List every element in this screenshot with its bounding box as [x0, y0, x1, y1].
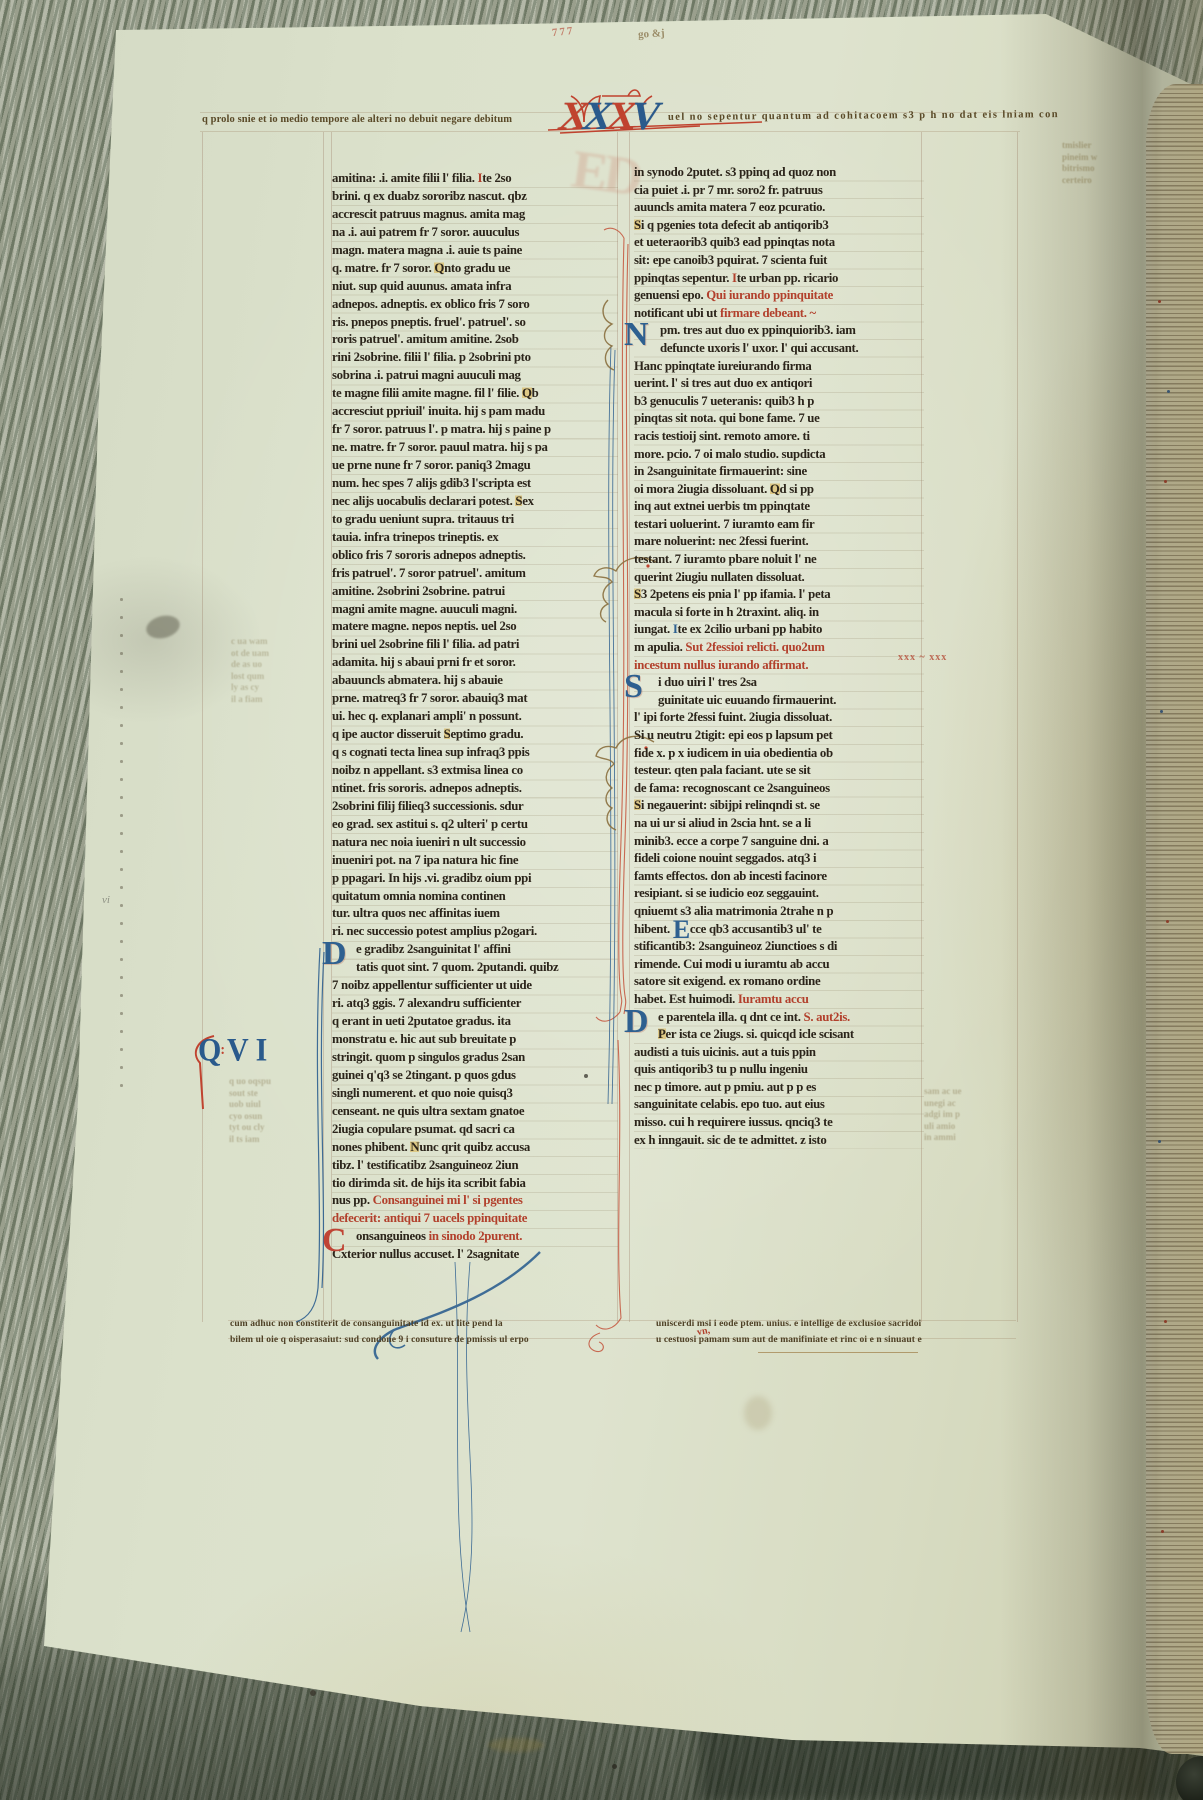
body-text: quis antiqorib3 tu p nullu ingeniu: [634, 1062, 808, 1076]
body-text: eptimo gradu.: [450, 727, 523, 741]
text-line: q ipe auctor disseruit Septimo gradu.: [332, 726, 618, 744]
body-text: defuncte uxoris l' uxor. l' qui accusant…: [660, 341, 858, 355]
body-text: ris. pnepos pneptis. fruel'. patruel'. s…: [332, 315, 526, 329]
body-text: er ista ce 2iugs. si. quicqd icle scisan…: [666, 1027, 854, 1041]
body-text: ri. atq3 ggis. 7 alexandru sufficienter: [332, 996, 521, 1010]
body-text: p ppagari. In hijs .vi. gradibz oium ppi: [332, 871, 531, 885]
body-text: e gradibz 2sanguinitat l' affini: [356, 942, 511, 956]
body-text: resipiant. si se iudicio eoz seggauint.: [634, 886, 819, 900]
body-text: sobrina .i. patrui magni auuculi mag: [332, 368, 521, 382]
body-text: tibz. l' testificatibz 2sanguineoz 2iun: [332, 1158, 518, 1172]
footer-gloss-right: uniscerdi msi i eode ptem. unius. e inte…: [656, 1316, 922, 1348]
text-line: ri. atq3 ggis. 7 alexandru sufficienter: [332, 995, 618, 1013]
text-line: fris patruel'. 7 soror patruel'. amitum: [332, 565, 618, 583]
body-text: adnepos. adneptis. ex oblico fris 7 soro: [332, 297, 530, 311]
text-line: testeur. qten pala faciant. ute se sit: [634, 762, 924, 780]
body-text: rini 2sobrine. filii l' filia. p 2sobrin…: [332, 350, 531, 364]
body-text: S: [634, 798, 641, 812]
body-text: stificantib3: 2sanguineoz 2iunctioes s d…: [634, 939, 837, 953]
showthrough-left-low: q uo oqspusout steuob uiulcyo osuntyt ou…: [229, 1076, 271, 1145]
body-text: in synodo 2putet. s3 ppinq ad quoz non: [634, 165, 836, 179]
text-line: hibent. Ecce qb3 accusantib3 ul' te: [634, 921, 924, 939]
gloss-line: ot de uam: [231, 648, 269, 660]
text-line: niut. sup quid auunus. amata infra: [332, 278, 618, 296]
text-line: 7 noibz appellentur sufficienter ut uide: [332, 977, 618, 995]
gloss-line: de as uo: [231, 659, 269, 671]
body-text: sit: epe canoib3 pquirat. 7 scienta fuit: [634, 253, 827, 267]
text-line: Per ista ce 2iugs. si. quicqd icle scisa…: [634, 1026, 924, 1044]
text-line: tauia. infra trinepos trineptis. ex: [332, 529, 618, 547]
text-line: monstratu e. hic aut sub breuitate p: [332, 1031, 618, 1049]
body-text: q s cognati tecta linea sup infraq3 ppis: [332, 745, 529, 759]
text-line: matere magne. nepos neptis. uel 2so: [332, 618, 618, 636]
body-text: fide x. p x iudicem in uia obedientia ob: [634, 746, 833, 760]
gloss-line: cum adhuc non constiterit de consanguini…: [230, 1316, 529, 1332]
body-text: q ipe auctor disseruit: [332, 727, 444, 741]
gloss-line: q uo oqspu: [229, 1076, 271, 1088]
gloss-line: bilem ul oie q oisperasaiut: sud condone…: [230, 1332, 529, 1348]
text-line: amitine. 2sobrini 2sobrine. patrui: [332, 583, 618, 601]
body-text: roris patruel'. amitum amitine. 2sob: [332, 332, 519, 346]
text-line: adamita. hij s abaui prni fr et soror.: [332, 654, 618, 672]
body-text: m apulia.: [634, 640, 685, 654]
adjacent-folio-rubric-specks: [1158, 300, 1161, 303]
body-text: d si pp: [780, 482, 814, 496]
body-text: iungat.: [634, 622, 673, 636]
text-line: amitina: .i. amite filii l' filia. Ite 2…: [332, 170, 618, 188]
text-line: fide x. p x iudicem in uia obedientia ob: [634, 745, 924, 763]
text-line: Si duo uiri l' tres 2sa: [634, 674, 924, 692]
text-line: prne. matreq3 fr 7 soror. abauiq3 mat: [332, 690, 618, 708]
text-line: na .i. aui patrem fr 7 soror. auuculus: [332, 224, 618, 242]
body-text: ui. hec q. explanari ampli' n possunt.: [332, 709, 522, 723]
body-text: nones phibent.: [332, 1140, 410, 1154]
text-line: de fama: recognoscant ce 2sanguineos: [634, 780, 924, 798]
text-line: natura nec noia iueniri n ult successio: [332, 834, 618, 852]
body-text: amitina: .i. amite filii l' filia.: [332, 171, 478, 185]
body-text: habet. Est huimodi.: [634, 992, 738, 1006]
body-text: N: [410, 1140, 419, 1154]
body-text: testari uoluerint. 7 iuramto eam fir: [634, 517, 814, 531]
text-column-right: in synodo 2putet. s3 ppinq ad quoz nonci…: [634, 164, 924, 1149]
body-text: auuncls amita matera 7 eoz pcuratio.: [634, 200, 825, 214]
body-text: matere magne. nepos neptis. uel 2so: [332, 619, 516, 633]
text-line: censeant. ne quis ultra sextam gnatoe: [332, 1103, 618, 1121]
text-column-left: amitina: .i. amite filii l' filia. Ite 2…: [332, 170, 618, 1264]
rubric-text: defecerit: antiqui 7 uacels ppinquitate: [332, 1211, 527, 1225]
body-text: te ex 2cilio urbani pp habito: [678, 622, 823, 636]
text-line: l' ipi forte 2fessi fuint. 2iugia dissol…: [634, 709, 924, 727]
text-line: singli numerent. et quo noie quisq3: [332, 1085, 618, 1103]
manuscript-photo: q prolo snie et io medio tempore ale alt…: [0, 0, 1203, 1800]
body-text: cce qb3 accusantib3 ul' te: [690, 922, 822, 936]
footer-red-mark: vn,: [696, 1325, 711, 1338]
text-line: sit: epe canoib3 pquirat. 7 scienta fuit: [634, 252, 924, 270]
body-text: b: [532, 386, 539, 400]
rubric-text: Sut 2fessioi relicti. quo2um: [685, 640, 824, 654]
body-text: tatis quot sint. 7 quom. 2putandi. quibz: [356, 960, 558, 974]
text-line: defecerit: antiqui 7 uacels ppinquitate: [332, 1210, 618, 1228]
body-text: te magne filii amite magne. fil l' filie…: [332, 386, 522, 400]
gloss-line: adgi im p: [924, 1109, 962, 1121]
footer-gloss-left: cum adhuc non constiterit de consanguini…: [230, 1316, 529, 1348]
text-line: te magne filii amite magne. fil l' filie…: [332, 385, 618, 403]
folio-numeral-letters: XXXV: [554, 93, 661, 138]
text-line: na ui ur si aliud in 2scia hnt. se a li: [634, 815, 924, 833]
text-line: m apulia. Sut 2fessioi relicti. quo2um: [634, 639, 924, 657]
text-line: abauuncls abmatera. hij s abauie: [332, 672, 618, 690]
ruling-vertical: [323, 132, 324, 1322]
text-line: Si u neutru 2tigit: epi eos p lapsum pet: [634, 727, 924, 745]
body-text: magn. matera magna .i. auie ts paine: [332, 243, 522, 257]
text-line: resipiant. si se iudicio eoz seggauint.: [634, 885, 924, 903]
body-text: ppinqtas sepentur.: [634, 271, 732, 285]
rubric-text: firmare debeant. ~: [720, 306, 816, 320]
gloss-line: sout ste: [229, 1088, 271, 1100]
text-line: in 2sanguinitate firmauerint: sine: [634, 463, 924, 481]
body-text: i duo uiri l' tres 2sa: [658, 675, 757, 689]
quire-mark: vi: [102, 894, 110, 906]
text-line: rini 2sobrine. filii l' filia. p 2sobrin…: [332, 349, 618, 367]
body-text: testant. 7 iuramto pbare noluit l' ne: [634, 552, 816, 566]
body-text: nto gradu ue: [444, 261, 510, 275]
text-line: magni amite magne. auuculi magni.: [332, 601, 618, 619]
text-line: ne. matre. fr 7 soror. pauul matra. hij …: [332, 439, 618, 457]
text-line: oi mora 2iugia dissoluant. Qd si pp: [634, 481, 924, 499]
top-scribble-right: go &j: [638, 27, 665, 41]
text-line: guinitate uic euuando firmauerint.: [634, 692, 924, 710]
text-line: testari uoluerint. 7 iuramto eam fir: [634, 516, 924, 534]
rubric-text: Qui iurando ppinquitate: [706, 288, 833, 302]
body-text: tauia. infra trinepos trineptis. ex: [332, 530, 499, 544]
gloss-line: il a fiam: [231, 694, 269, 706]
gloss-line: in ammi: [924, 1132, 962, 1144]
body-text: pinqtas sit nota. qui bone fame. 7 ue: [634, 411, 820, 425]
text-line: tio dirimda sit. de hijs ita scribit fab…: [332, 1175, 618, 1193]
text-line: De parentela illa. q dnt ce int. S. aut2…: [634, 1009, 924, 1027]
text-line: incestum nullus iurando affirmat.: [634, 657, 924, 675]
text-line: brini uel 2sobrine fili l' filia. ad pat…: [332, 636, 618, 654]
text-line: fideli coione nouint seggados. atq3 i: [634, 850, 924, 868]
text-line: quis antiqorib3 tu p nullu ingeniu: [634, 1061, 924, 1079]
text-line: quitatum omnia nomina continen: [332, 888, 618, 906]
body-text: eo grad. sex astitui s. q2 ulteri' p cer…: [332, 817, 528, 831]
text-line: nones phibent. Nunc qrit quibz accusa: [332, 1139, 618, 1157]
showthrough-right-low: sam ac ueunegi acadgi im puli amioin amm…: [924, 1086, 962, 1144]
text-line: ue prne nune fr 7 soror. paniq3 2magu: [332, 457, 618, 475]
text-line: inueniri pot. na 7 ipa natura hic fine: [332, 852, 618, 870]
adjacent-folio-edge: [1146, 84, 1203, 1754]
body-text: accrescit patruus magnus. amita mag: [332, 207, 525, 221]
body-text: singli numerent. et quo noie quisq3: [332, 1086, 513, 1100]
text-line: 2sobrini filij filieq3 successionis. sdu…: [332, 798, 618, 816]
gloss-line: ly as cy: [231, 682, 269, 694]
text-line: pinqtas sit nota. qui bone fame. 7 ue: [634, 410, 924, 428]
illuminated-initial: N: [624, 318, 648, 352]
ruling-vertical: [202, 132, 203, 1322]
text-line: iungat. Ite ex 2cilio urbani pp habito: [634, 621, 924, 639]
body-text: na .i. aui patrem fr 7 soror. auuculus: [332, 225, 519, 239]
text-line: num. hec spes 7 alijs gdib3 l'scripta es…: [332, 475, 618, 493]
text-line: et ueteraorib3 quib3 ead ppinqtas nota: [634, 234, 924, 252]
gloss-line: uli amio: [924, 1121, 962, 1133]
body-text: guinitate uic euuando firmauerint.: [658, 693, 836, 707]
body-text: S: [634, 218, 641, 232]
text-line: macula si forte in h 2traxint. aliq. in: [634, 604, 924, 622]
text-line: uerint. l' si tres aut duo ex antiqori: [634, 375, 924, 393]
body-text: ex: [522, 494, 533, 508]
body-text: nus pp.: [332, 1193, 373, 1207]
text-line: auuncls amita matera 7 eoz pcuratio.: [634, 199, 924, 217]
body-text: 2sobrini filij filieq3 successionis. sdu…: [332, 799, 523, 813]
text-line: Consanguineos in sinodo 2purent.: [332, 1228, 618, 1246]
body-text: quitatum omnia nomina continen: [332, 889, 505, 903]
body-text: prne. matreq3 fr 7 soror. abauiq3 mat: [332, 691, 527, 705]
body-text: noibz n appellant. s3 extmisa linea co: [332, 763, 523, 777]
text-line: habet. Est huimodi. Iuramtu accu: [634, 991, 924, 1009]
text-line: defuncte uxoris l' uxor. l' qui accusant…: [634, 340, 924, 358]
body-text: stringit. quom p singulos gradus 2san: [332, 1050, 525, 1064]
gloss-line: u cestuosi pamam sum aut de manifiniate …: [656, 1332, 922, 1348]
body-text: amitine. 2sobrini 2sobrine. patrui: [332, 584, 505, 598]
text-line: to gradu ueniunt supra. tritauus tri: [332, 511, 618, 529]
text-line: Cxterior nullus accuset. l' 2sagnitate: [332, 1246, 618, 1264]
gloss-line: cyo osun: [229, 1111, 271, 1123]
text-line: testant. 7 iuramto pbare noluit l' ne: [634, 551, 924, 569]
body-text: i q pgenies tota defecit ab antiqorib3: [641, 218, 829, 232]
body-text: e parentela illa. q dnt ce int.: [658, 1010, 804, 1024]
body-text: oblico fris 7 sororis adnepos adneptis.: [332, 548, 526, 562]
body-text: mare noluerint: nec 2fessi fuerint.: [634, 534, 808, 548]
body-text: tur. ultra quos nec affinitas iuem: [332, 906, 500, 920]
body-text: 2iugia copulare psumat. qd sacri ca: [332, 1122, 515, 1136]
body-text: na ui ur si aliud in 2scia hnt. se a li: [634, 816, 811, 830]
text-line: mare noluerint: nec 2fessi fuerint.: [634, 533, 924, 551]
body-text: famts effectos. don ab incesti facinore: [634, 869, 827, 883]
body-text: te urban pp. ricario: [737, 271, 838, 285]
body-text: onsanguineos: [356, 1229, 429, 1243]
text-line: guinei q'q3 se 2tingant. p quos gdus: [332, 1067, 618, 1085]
body-text: et ueteraorib3 quib3 ead ppinqtas nota: [634, 235, 835, 249]
body-text: rimende. Cui modi u iuramtu ab accu: [634, 957, 829, 971]
text-line: Si q pgenies tota defecit ab antiqorib3: [634, 217, 924, 235]
text-line: q erant in ueti 2putatoe gradus. ita: [332, 1013, 618, 1031]
body-text: P: [658, 1027, 666, 1041]
body-text: qniuemt s3 alia matrimonia 2trahe n p: [634, 904, 833, 918]
qvi-vi: VI: [227, 1033, 274, 1069]
text-line: Si negauerint: sibijpi relinqndi st. se: [634, 797, 924, 815]
body-text: adamita. hij s abaui prni fr et soror.: [332, 655, 516, 669]
rubric-text: S. aut2is.: [804, 1010, 850, 1024]
text-line: in synodo 2putet. s3 ppinq ad quoz non: [634, 164, 924, 182]
body-text: b3 genuculis 7 ueteranis: quib3 h p: [634, 394, 814, 408]
rubric-text: incestum nullus iurando affirmat.: [634, 658, 808, 672]
body-text: testeur. qten pala faciant. ute se sit: [634, 763, 811, 777]
body-text: S: [634, 587, 641, 601]
text-line: 2iugia copulare psumat. qd sacri ca: [332, 1121, 618, 1139]
text-line: accresciut ppriuil' inuita. hij s pam ma…: [332, 403, 618, 421]
text-line: nus pp. Consanguinei mi l' si pgentes: [332, 1192, 618, 1210]
text-line: q s cognati tecta linea sup infraq3 ppis: [332, 744, 618, 762]
text-line: ris. pnepos pneptis. fruel'. patruel'. s…: [332, 314, 618, 332]
body-text: unc qrit quibz accusa: [419, 1140, 530, 1154]
body-text: nec p timore. aut p pmiu. aut p p es: [634, 1080, 816, 1094]
gloss-line: bitrismo: [1062, 163, 1097, 175]
body-text: fris patruel'. 7 soror patruel'. amitum: [332, 566, 526, 580]
body-text: brini uel 2sobrine fili l' filia. ad pat…: [332, 637, 519, 651]
gloss-line: il ts iam: [229, 1134, 271, 1146]
body-text: oi mora 2iugia dissoluant.: [634, 482, 770, 496]
body-text: pm. tres aut duo ex ppinquiorib3. iam: [660, 323, 856, 337]
body-text: inq aut extnei uerbis tm ppinqtate: [634, 499, 810, 513]
text-line: roris patruel'. amitum amitine. 2sob: [332, 331, 618, 349]
text-line: eo grad. sex astitui s. q2 ulteri' p cer…: [332, 816, 618, 834]
body-text: nec alijs uocabulis declarari potest.: [332, 494, 515, 508]
body-text: niut. sup quid auunus. amata infra: [332, 279, 511, 293]
body-text: Q: [770, 482, 780, 496]
body-text: i negauerint: sibijpi relinqndi st. se: [641, 798, 820, 812]
text-line: racis testioij sint. remoto amore. ti: [634, 428, 924, 446]
text-line: cia puiet .i. pr 7 mr. soro2 fr. patruus: [634, 182, 924, 200]
gloss-line: tmislier: [1062, 140, 1097, 152]
body-text: cia puiet .i. pr 7 mr. soro2 fr. patruus: [634, 183, 823, 197]
folio-numeral: XXXV: [554, 92, 661, 139]
body-text: Q: [434, 261, 444, 275]
rubric-text: Consanguinei mi l' si pgentes: [373, 1193, 523, 1207]
body-text: abauuncls abmatera. hij s abauie: [332, 673, 503, 687]
body-text: brini. q ex duabz sororibz nascut. qbz: [332, 189, 527, 203]
text-line: genuensi epo. Qui iurando ppinquitate: [634, 287, 924, 305]
body-text: ne. matre. fr 7 soror. pauul matra. hij …: [332, 440, 548, 454]
text-line: De gradibz 2sanguinitat l' affini: [332, 941, 618, 959]
ruling-vertical: [1017, 132, 1018, 1322]
rubric-text: in sinodo 2purent.: [429, 1229, 523, 1243]
gloss-line: tyt ou cly: [229, 1122, 271, 1134]
text-line: stificantib3: 2sanguineoz 2iunctioes s d…: [634, 938, 924, 956]
text-line: sanguinitate celabis. epo tuo. aut eius: [634, 1096, 924, 1114]
gloss-line: lost qum: [231, 671, 269, 683]
body-text: inueniri pot. na 7 ipa natura hic fine: [332, 853, 518, 867]
text-line: fr 7 soror. patruus l'. p matra. hij s p…: [332, 421, 618, 439]
body-text: natura nec noia iueniri n ult successio: [332, 835, 526, 849]
body-text: genuensi epo.: [634, 288, 706, 302]
body-text: fr 7 soror. patruus l'. p matra. hij s p…: [332, 422, 551, 436]
body-text: minib3. ecce a corpe 7 sanguine dni. a: [634, 834, 828, 848]
text-line: S3 2petens eis pnia l' pp ifamia. l' pet…: [634, 586, 924, 604]
text-line: notificant ubi ut firmare debeant. ~: [634, 305, 924, 323]
body-text: uerint. l' si tres aut duo ex antiqori: [634, 376, 812, 390]
text-line: oblico fris 7 sororis adnepos adneptis.: [332, 547, 618, 565]
gloss-line: c ua wam: [231, 636, 269, 648]
body-text: in 2sanguinitate firmauerint: sine: [634, 464, 807, 478]
body-text: misso. cui h requirere iussus. qnciq3 te: [634, 1115, 832, 1129]
body-text: accresciut ppriuil' inuita. hij s pam ma…: [332, 404, 545, 418]
text-line: rimende. Cui modi u iuramtu ab accu: [634, 956, 924, 974]
body-text: sanguinitate celabis. epo tuo. aut eius: [634, 1097, 825, 1111]
body-text: audisti a tuis uicinis. aut a tuis ppin: [634, 1045, 816, 1059]
text-line: Npm. tres aut duo ex ppinquiorib3. iam: [634, 322, 924, 340]
text-line: minib3. ecce a corpe 7 sanguine dni. a: [634, 833, 924, 851]
gloss-line: certeiro: [1062, 175, 1097, 187]
text-line: sobrina .i. patrui magni auuculi mag: [332, 367, 618, 385]
top-scribble-left: 777: [551, 25, 575, 39]
gloss-line: sam ac ue: [924, 1086, 962, 1098]
text-line: tibz. l' testificatibz 2sanguineoz 2iun: [332, 1157, 618, 1175]
marginal-red-crosses: xxx ~ xxx: [898, 652, 947, 663]
body-text: censeant. ne quis ultra sextam gnatoe: [332, 1104, 524, 1118]
illuminated-initial: S: [624, 670, 643, 704]
text-line: inq aut extnei uerbis tm ppinqtate: [634, 498, 924, 516]
text-line: p ppagari. In hijs .vi. gradibz oium ppi: [332, 870, 618, 888]
text-line: ui. hec q. explanari ampli' n possunt.: [332, 708, 618, 726]
text-line: misso. cui h requirere iussus. qnciq3 te: [634, 1114, 924, 1132]
text-line: famts effectos. don ab incesti facinore: [634, 868, 924, 886]
body-text: 7 noibz appellentur sufficienter ut uide: [332, 978, 532, 992]
gloss-line: unegi ac: [924, 1098, 962, 1110]
text-line: stringit. quom p singulos gradus 2san: [332, 1049, 618, 1067]
text-line: tur. ultra quos nec affinitas iuem: [332, 905, 618, 923]
body-text: Cxterior nullus accuset. l' 2sagnitate: [332, 1247, 519, 1261]
body-text: macula si forte in h 2traxint. aliq. in: [634, 605, 819, 619]
marginal-note-qvi: Q:VI: [198, 1033, 274, 1070]
illuminated-initial: D: [624, 1005, 648, 1039]
body-text: more. pcio. 7 oi malo studio. supdicta: [634, 447, 825, 461]
body-text: q. matre. fr 7 soror.: [332, 261, 434, 275]
body-text: hibent.: [634, 922, 673, 936]
body-text: de fama: recognoscant ce 2sanguineos: [634, 781, 830, 795]
text-line: tatis quot sint. 7 quom. 2putandi. quibz: [332, 959, 618, 977]
text-line: ntinet. fris sororis. adnepos adneptis.: [332, 780, 618, 798]
illuminated-initial: D: [322, 937, 346, 971]
body-text: ex h inngauit. sic de te admittet. z ist…: [634, 1133, 826, 1147]
text-line: brini. q ex duabz sororibz nascut. qbz: [332, 188, 618, 206]
pricking-dots: [120, 598, 124, 1118]
body-text: 3 2petens eis pnia l' pp ifamia. l' peta: [641, 587, 831, 601]
text-line: nec alijs uocabulis declarari potest. Se…: [332, 493, 618, 511]
text-line: Hanc ppinqtate iureiurando firma: [634, 358, 924, 376]
body-text: Hanc ppinqtate iureiurando firma: [634, 359, 812, 373]
text-line: adnepos. adneptis. ex oblico fris 7 soro: [332, 296, 618, 314]
text-line: ri. nec successio potest amplius p2ogari…: [332, 923, 618, 941]
body-text: te 2so: [482, 171, 511, 185]
text-line: audisti a tuis uicinis. aut a tuis ppin: [634, 1044, 924, 1062]
text-line: noibz n appellant. s3 extmisa linea co: [332, 762, 618, 780]
body-text: ri. nec successio potest amplius p2ogari…: [332, 924, 537, 938]
text-line: querint 2iugiu nullaten dissoluat.: [634, 569, 924, 587]
showthrough-left-mid: c ua wamot de uamde as uolost qumly as c…: [231, 636, 269, 705]
text-line: q. matre. fr 7 soror. Qnto gradu ue: [332, 260, 618, 278]
body-text: monstratu e. hic aut sub breuitate p: [332, 1032, 516, 1046]
text-line: accrescit patruus magnus. amita mag: [332, 206, 618, 224]
body-text: fideli coione nouint seggados. atq3 i: [634, 851, 816, 865]
body-text: satore sit exigend. ex romano ordine: [634, 974, 820, 988]
illuminated-initial: C: [322, 1224, 346, 1258]
text-line: ex h inngauit. sic de te admittet. z ist…: [634, 1132, 924, 1150]
body-text: ue prne nune fr 7 soror. paniq3 2magu: [332, 458, 530, 472]
body-text: racis testioij sint. remoto amore. ti: [634, 429, 810, 443]
qvi-red-colon: :: [220, 1042, 225, 1058]
body-text: tio dirimda sit. de hijs ita scribit fab…: [332, 1176, 526, 1190]
body-text: Si u neutru 2tigit: epi eos p lapsum pet: [634, 728, 832, 742]
body-text: num. hec spes 7 alijs gdib3 l'scripta es…: [332, 476, 531, 490]
body-text: magni amite magne. auuculi magni.: [332, 602, 517, 616]
body-text: q erant in ueti 2putatoe gradus. ita: [332, 1014, 511, 1028]
text-line: satore sit exigend. ex romano ordine: [634, 973, 924, 991]
gloss-line: pineim w: [1062, 152, 1097, 164]
text-line: ppinqtas sepentur. Ite urban pp. ricario: [634, 270, 924, 288]
text-line: magn. matera magna .i. auie ts paine: [332, 242, 618, 260]
body-text: ntinet. fris sororis. adnepos adneptis.: [332, 781, 522, 795]
